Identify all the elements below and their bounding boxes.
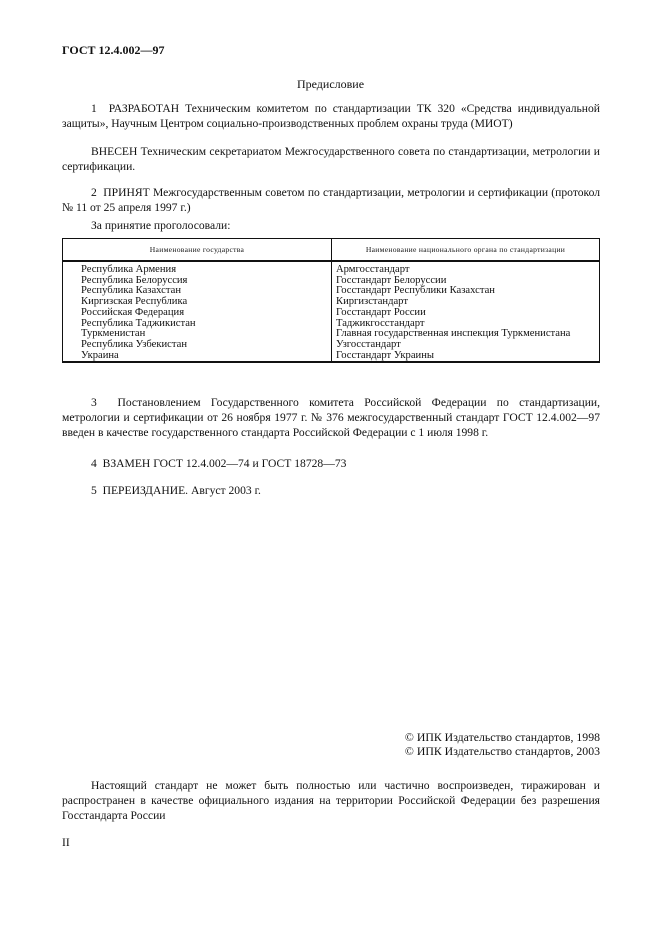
paragraph-number: 4 (91, 457, 97, 470)
national-body-cell: Госстандарт Украины (332, 351, 600, 363)
paragraph-adopted: 2 ПРИНЯТ Межгосударственным советом по с… (62, 185, 600, 215)
state-cell: Республика Армения (63, 261, 332, 276)
paragraph-text: Август 2003 г. (191, 484, 261, 497)
national-body-cell: Госстандарт России (332, 308, 600, 319)
paragraph-resolution: 3 Постановлением Государственного комите… (62, 395, 600, 440)
voting-table: Наименование государства Наименование на… (62, 238, 600, 363)
state-cell: Российская Федерация (63, 308, 332, 319)
paragraph-text: Постановлением Государственного комитета… (62, 396, 600, 439)
keyword: ВНЕСЕН (91, 145, 137, 158)
paragraph-replaces: 4 ВЗАМЕН ГОСТ 12.4.002—74 и ГОСТ 18728—7… (62, 456, 600, 471)
table-row: Республика Армения Армгосстандарт (63, 261, 600, 276)
paragraph-text: Техническим секретариатом Межгосударстве… (62, 145, 600, 173)
paragraph-number: 5 (91, 484, 97, 497)
national-body-cell: Армгосстандарт (332, 261, 600, 276)
paragraph-number: 2 (91, 186, 97, 199)
copyright-line: © ИПК Издательство стандартов, 2003 (405, 744, 600, 758)
reproduction-notice: Настоящий стандарт не может быть полност… (62, 778, 600, 823)
document-code: ГОСТ 12.4.002—97 (62, 43, 165, 58)
notice-text: Настоящий стандарт не может быть полност… (62, 779, 600, 822)
copyright-line: © ИПК Издательство стандартов, 1998 (405, 730, 600, 744)
copyright-block: © ИПК Издательство стандартов, 1998 © ИП… (405, 730, 600, 758)
keyword: ПРИНЯТ (103, 186, 149, 199)
table-row: Российская Федерация Госстандарт России (63, 308, 600, 319)
paragraph-introduced: ВНЕСЕН Техническим секретариатом Межгосу… (62, 144, 600, 174)
paragraph-developed: 1 РАЗРАБОТАН Техническим комитетом по ст… (62, 101, 600, 131)
voted-label: За принятие проголосовали: (91, 219, 230, 232)
page-number: II (62, 836, 70, 849)
paragraph-number: 1 (91, 102, 97, 115)
keyword: ПЕРЕИЗДАНИЕ. (103, 484, 188, 497)
keyword: РАЗРАБОТАН (109, 102, 179, 115)
paragraph-number: 3 (91, 396, 97, 409)
table-row: Украина Госстандарт Украины (63, 351, 600, 363)
column-header-national-body: Наименование национального органа по ста… (332, 239, 600, 262)
table-row: Республика Узбекистан Узгосстандарт (63, 340, 600, 351)
keyword: ВЗАМЕН (103, 457, 151, 470)
table-header-row: Наименование государства Наименование на… (63, 239, 600, 262)
foreword-title: Предисловие (0, 77, 661, 92)
state-cell: Украина (63, 351, 332, 363)
paragraph-reissue: 5 ПЕРЕИЗДАНИЕ. Август 2003 г. (62, 483, 600, 498)
paragraph-text: ГОСТ 12.4.002—74 и ГОСТ 18728—73 (153, 457, 346, 470)
column-header-state: Наименование государства (63, 239, 332, 262)
